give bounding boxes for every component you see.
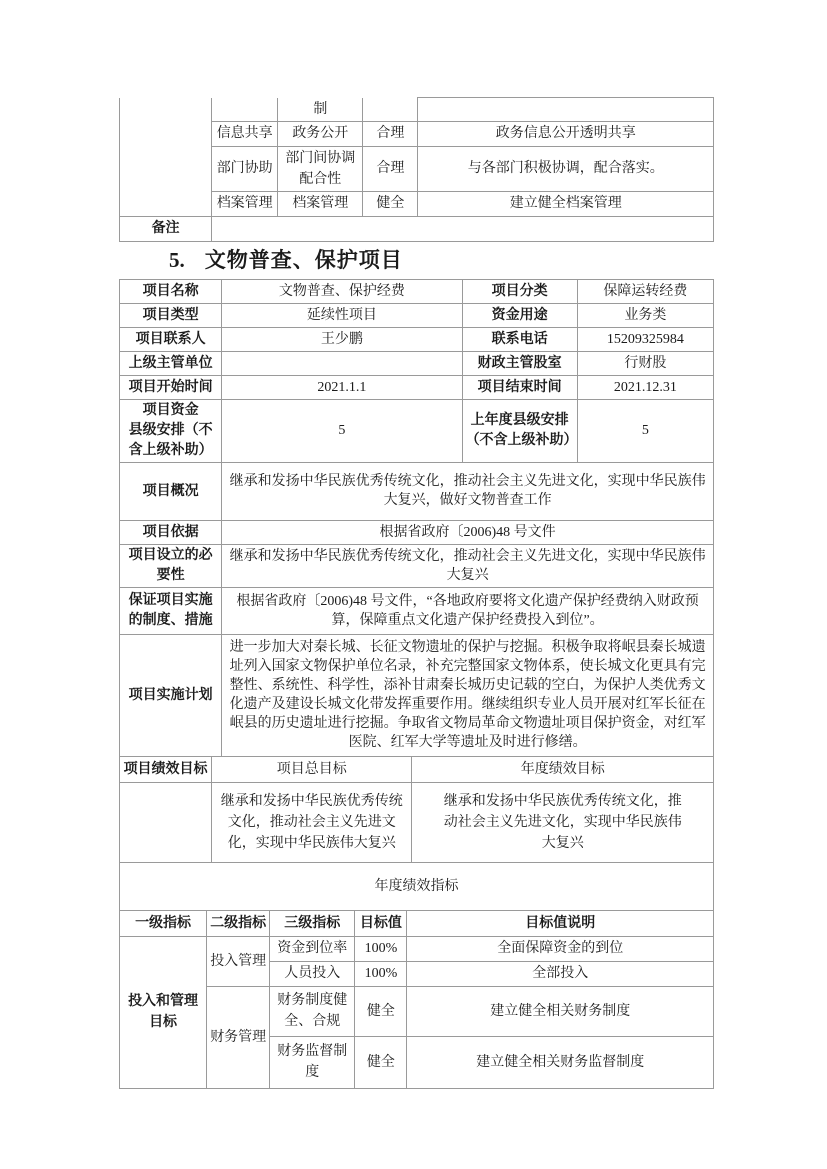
- table-row: 财务管理 财务制度健全、合规 健全 建立健全相关财务制度: [120, 986, 714, 1036]
- value-cell: 15209325984: [577, 327, 713, 351]
- table-row: 项目绩效目标 项目总目标 年度绩效目标: [120, 756, 714, 782]
- remark-label-cell: 备注: [120, 216, 212, 241]
- section-number: 5.: [169, 248, 185, 272]
- table-row: 保证项目实施的制度、措施 根据省政府〔2006)48 号文件，“各地政府要将文化…: [120, 587, 714, 634]
- target-cell: 健全: [363, 191, 418, 216]
- desc-cell: 建立健全相关财务监督制度: [407, 1036, 714, 1088]
- performance-goal-table: 项目绩效目标 项目总目标 年度绩效目标 继承和发扬中华民族优秀传统文化，推动社会…: [119, 756, 714, 911]
- desc-cell: 与各部门积极协调，配合落实。: [418, 146, 714, 191]
- value-cell: 2021.12.31: [577, 375, 713, 399]
- desc-cell: 建立健全相关财务制度: [407, 986, 714, 1036]
- value-cell: 延续性项目: [222, 303, 462, 327]
- value-cell: 2021.1.1: [222, 375, 462, 399]
- desc-cell: 全部投入: [407, 961, 714, 986]
- page-content: 制 信息共享 政务公开 合理 政务信息公开透明共享 部门协助 部门间协调配合性 …: [119, 97, 714, 1089]
- table-row: 项目开始时间 2021.1.1 项目结束时间 2021.12.31: [120, 375, 714, 399]
- content-cell: 根据省政府〔2006)48 号文件: [222, 520, 714, 544]
- level3-cell: 资金到位率: [270, 936, 355, 961]
- table-row: 项目联系人 王少鹏 联系电话 15209325984: [120, 327, 714, 351]
- column-header-cell: 二级指标: [207, 910, 270, 936]
- level3-cell: 财务制度健全、合规: [270, 986, 355, 1036]
- label-cell: 项目依据: [120, 520, 222, 544]
- value-cell: 5: [577, 399, 713, 462]
- table-row: 上级主管单位 财政主管股室 行财股: [120, 351, 714, 375]
- label-cell: 项目结束时间: [462, 375, 577, 399]
- value-cell: 5: [222, 399, 462, 462]
- content-cell: 继承和发扬中华民族优秀传统文化，推动社会主义先进文化，实现中华民族伟大复兴，做好…: [222, 462, 714, 520]
- content-cell: 进一步加大对秦长城、长征文物遗址的保护与挖掘。积极争取将岷县秦长城遗址列入国家文…: [222, 634, 714, 756]
- label-cell: 上级主管单位: [120, 351, 222, 375]
- table-row: 项目类型 延续性项目 资金用途 业务类: [120, 303, 714, 327]
- target-cell: 合理: [363, 121, 418, 146]
- section-title: 5.文物普查、保护项目: [169, 247, 714, 273]
- label-cell: 项目名称: [120, 279, 222, 303]
- annual-goal-cell: 继承和发扬中华民族优秀传统文化，推动社会主义先进文化，实现中华民族伟大复兴: [412, 782, 714, 862]
- content-cell: 根据省政府〔2006)48 号文件，“各地政府要将文化遗产保护经费纳入财政预算，…: [222, 587, 714, 634]
- content-cell: 继承和发扬中华民族优秀传统文化，推动社会主义先进文化，实现中华民族伟大复兴: [222, 544, 714, 587]
- label-cell: 项目设立的必要性: [120, 544, 222, 587]
- indicator2-cell: 档案管理: [212, 191, 278, 216]
- table-row: 项目设立的必要性 继承和发扬中华民族优秀传统文化，推动社会主义先进文化，实现中华…: [120, 544, 714, 587]
- column-header-cell: 项目总目标: [212, 756, 412, 782]
- target-cell: 健全: [355, 986, 407, 1036]
- target-cell: 100%: [355, 936, 407, 961]
- label-cell: 联系电话: [462, 327, 577, 351]
- target-cell: 健全: [355, 1036, 407, 1088]
- partial-row: 制: [120, 98, 714, 122]
- value-cell: 文物普查、保护经费: [222, 279, 462, 303]
- value-cell: [222, 351, 462, 375]
- total-goal-cell: 继承和发扬中华民族优秀传统文化，推动社会主义先进文化，实现中华民族伟大复兴: [212, 782, 412, 862]
- empty-cell: [418, 98, 714, 122]
- table-row: 项目资金 县级安排（不含上级补助） 5 上年度县级安排（不含上级补助） 5: [120, 399, 714, 462]
- label-cell: 保证项目实施的制度、措施: [120, 587, 222, 634]
- indicator3-cell: 部门间协调配合性: [278, 146, 363, 191]
- column-header-cell: 一级指标: [120, 910, 207, 936]
- level3-cell: 人员投入: [270, 961, 355, 986]
- indicator3-cell: 档案管理: [278, 191, 363, 216]
- value-cell: 业务类: [577, 303, 713, 327]
- remark-row: 备注: [120, 216, 714, 241]
- label-cell: 项目实施计划: [120, 634, 222, 756]
- column-header-cell: 目标值说明: [407, 910, 714, 936]
- desc-cell: 全面保障资金的到位: [407, 936, 714, 961]
- indicator2-cell: 部门协助: [212, 146, 278, 191]
- project-info-table: 项目名称 文物普查、保护经费 项目分类 保障运转经费 项目类型 延续性项目 资金…: [119, 279, 714, 757]
- empty-cell: [120, 782, 212, 862]
- label-cell: 项目类型: [120, 303, 222, 327]
- partial-text-cell: 制: [278, 98, 363, 122]
- indicator3-cell: 政务公开: [278, 121, 363, 146]
- label-cell: 项目资金 县级安排（不含上级补助）: [120, 399, 222, 462]
- continuation-table: 制 信息共享 政务公开 合理 政务信息公开透明共享 部门协助 部门间协调配合性 …: [119, 97, 714, 242]
- level2-cell: 投入管理: [207, 936, 270, 986]
- label-cell: 项目概况: [120, 462, 222, 520]
- column-header-cell: 目标值: [355, 910, 407, 936]
- desc-cell: 政务信息公开透明共享: [418, 121, 714, 146]
- value-cell: 保障运转经费: [577, 279, 713, 303]
- value-cell: 王少鹏: [222, 327, 462, 351]
- empty-cell: [120, 98, 212, 217]
- remark-value-cell: [212, 216, 714, 241]
- label-cell: 资金用途: [462, 303, 577, 327]
- header-row: 一级指标 二级指标 三级指标 目标值 目标值说明: [120, 910, 714, 936]
- table-row: 项目名称 文物普查、保护经费 项目分类 保障运转经费: [120, 279, 714, 303]
- desc-cell: 建立健全档案管理: [418, 191, 714, 216]
- table-row: 项目依据 根据省政府〔2006)48 号文件: [120, 520, 714, 544]
- table-row: 项目概况 继承和发扬中华民族优秀传统文化，推动社会主义先进文化，实现中华民族伟大…: [120, 462, 714, 520]
- label-cell: 上年度县级安排（不含上级补助）: [462, 399, 577, 462]
- label-cell: 项目绩效目标: [120, 756, 212, 782]
- target-cell: 100%: [355, 961, 407, 986]
- table-row: 年度绩效指标: [120, 862, 714, 910]
- column-header-cell: 年度绩效目标: [412, 756, 714, 782]
- level3-cell: 财务监督制度: [270, 1036, 355, 1088]
- label-cell: 项目联系人: [120, 327, 222, 351]
- value-cell: 行财股: [577, 351, 713, 375]
- empty-cell: [212, 98, 278, 122]
- empty-cell: [363, 98, 418, 122]
- label-cell: 项目分类: [462, 279, 577, 303]
- level2-cell: 财务管理: [207, 986, 270, 1088]
- section-title-text: 文物普查、保护项目: [205, 248, 403, 272]
- indicator2-cell: 信息共享: [212, 121, 278, 146]
- target-cell: 合理: [363, 146, 418, 191]
- annual-indicator-title-cell: 年度绩效指标: [120, 862, 714, 910]
- document-page: 制 信息共享 政务公开 合理 政务信息公开透明共享 部门协助 部门间协调配合性 …: [0, 0, 827, 1169]
- column-header-cell: 三级指标: [270, 910, 355, 936]
- table-row: 继承和发扬中华民族优秀传统文化，推动社会主义先进文化，实现中华民族伟大复兴 继承…: [120, 782, 714, 862]
- label-cell: 财政主管股室: [462, 351, 577, 375]
- label-cell: 项目开始时间: [120, 375, 222, 399]
- level1-cell: 投入和管理目标: [120, 936, 207, 1088]
- table-row: 投入和管理目标 投入管理 资金到位率 100% 全面保障资金的到位: [120, 936, 714, 961]
- indicator-table: 一级指标 二级指标 三级指标 目标值 目标值说明 投入和管理目标 投入管理 资金…: [119, 910, 714, 1089]
- table-row: 项目实施计划 进一步加大对秦长城、长征文物遗址的保护与挖掘。积极争取将岷县秦长城…: [120, 634, 714, 756]
